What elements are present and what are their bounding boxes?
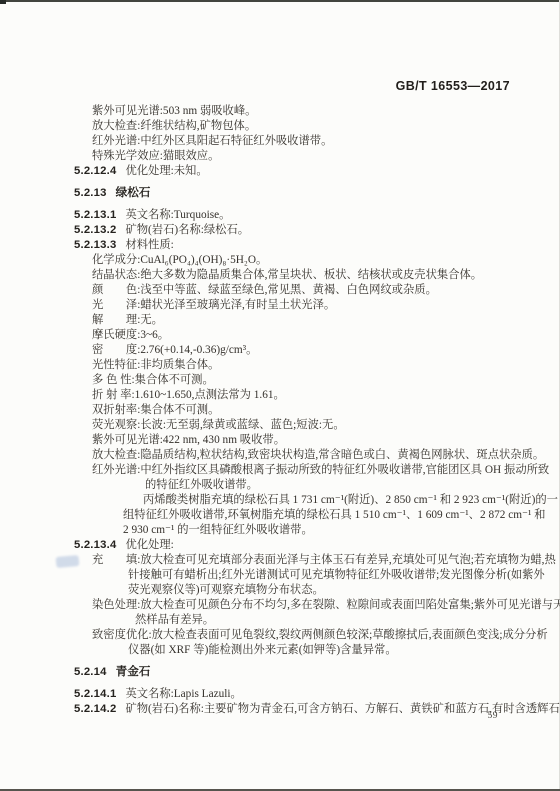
text-line: 特殊光学效应:猫眼效应。 (92, 149, 508, 164)
text-line: 解 理:无。 (92, 313, 508, 328)
line-text: 仪器(如 XRF 等)能检测出外来元素(如钾等)含量异常。 (128, 644, 397, 656)
line-text: 颜 色:浅至中等蓝、绿蓝至绿色,常见黑、黄褐、白色网纹或杂质。 (92, 284, 437, 296)
page-number: 59 (62, 711, 498, 721)
line-text: 荧光观察:长波:无至弱,绿黄或蓝绿、蓝色;短波:无。 (92, 419, 345, 431)
line-text: 染色处理:放大检查可见颜色分布不均匀,多在裂隙、粒隙间或表面凹陷处富集;紫外可见… (92, 599, 560, 611)
scan-corner-mark (0, 0, 6, 4)
text-line: 组特征红外吸收谱带,环氧树脂充填的绿松石具 1 510 cm⁻¹、1 609 c… (123, 508, 508, 523)
line-text: 矿物(岩石)名称:绿松石。 (125, 224, 249, 236)
text-line: 放大检查:隐晶质结构,粒状结构,致密块状构造,常含暗色或白、黄褐色网脉状、斑点状… (92, 448, 508, 463)
text-line: 丙烯酸类树脂充填的绿松石具 1 731 cm⁻¹(附近)、2 850 cm⁻¹ … (143, 493, 508, 508)
blue-ink-smudge (56, 555, 80, 568)
line-text: 优化处理:未知。 (125, 165, 207, 177)
text-line: 红外光谱:中红外区具阳起石特征红外吸收谱带。 (92, 134, 508, 149)
text-line: 仪器(如 XRF 等)能检测出外来元素(如钾等)含量异常。 (128, 643, 508, 658)
line-text: 丙烯酸类树脂充填的绿松石具 1 731 cm⁻¹(附近)、2 850 cm⁻¹ … (143, 494, 558, 506)
text-line: 颜 色:浅至中等蓝、绿蓝至绿色,常见黑、黄褐、白色网纹或杂质。 (92, 283, 508, 298)
line-text: 结晶状态:绝大多数为隐晶质集合体,常呈块状、板状、结核状或皮壳状集合体。 (92, 269, 482, 281)
line-text: 特殊光学效应:猫眼效应。 (92, 150, 219, 162)
line-text: 青金石 (116, 665, 151, 678)
line-text: 光 泽:蜡状光泽至玻璃光泽,有时呈土状光泽。 (92, 299, 335, 311)
line-text: 荧光观察仪等)可观察充填物分布状态。 (128, 584, 324, 596)
scanned-standard-page: GB/T 16553—2017 紫外可见光谱:503 nm 弱吸收峰。 放大检查… (0, 0, 560, 791)
text-line: 摩氏硬度:3~6。 (92, 328, 508, 343)
line-text: 优化处理: (125, 539, 173, 551)
line-text: 光性特征:非均质集合体。 (92, 359, 219, 371)
document-body: 紫外可见光谱:503 nm 弱吸收峰。 放大检查:纤维状结构,矿物包体。 红外光… (62, 104, 508, 717)
text-line: 结晶状态:绝大多数为隐晶质集合体,常呈块状、板状、结核状或皮壳状集合体。 (92, 268, 508, 283)
text-line: 双折射率:集合体不可测。 (92, 403, 508, 418)
text-line: 多 色 性:集合体不可测。 (92, 373, 508, 388)
text-line: 5.2.13.2矿物(岩石)名称:绿松石。 (74, 223, 508, 238)
line-text: 密 度:2.76(+0.14,-0.36)g/cm³。 (92, 344, 257, 356)
line-text: 紫外可见光谱:503 nm 弱吸收峰。 (92, 105, 256, 117)
line-text: 放大检查:隐晶质结构,粒状结构,致密块状构造,常含暗色或白、黄褐色网脉状、斑点状… (92, 449, 544, 461)
text-line: 光性特征:非均质集合体。 (92, 358, 508, 373)
line-text: 针接触可有蜡析出;红外光谱测试可见充填物特征红外吸收谱带;发光图像分析(如紫外 (128, 569, 545, 581)
line-text: 多 色 性:集合体不可测。 (92, 374, 214, 386)
text-line: 荧光观察:长波:无至弱,绿黄或蓝绿、蓝色;短波:无。 (92, 418, 508, 433)
line-text: 致密度优化:放大检查表面可见龟裂纹,裂纹两侧颜色较深;草酸擦拭后,表面颜色变浅;… (92, 629, 548, 641)
clause-number: 5.2.14 (74, 666, 107, 678)
line-text: 化学成分:CuAl₆(PO₄)₄(OH)₈·5H₂O。 (92, 254, 267, 266)
text-line: 光 泽:蜡状光泽至玻璃光泽,有时呈土状光泽。 (92, 298, 508, 313)
text-line: 致密度优化:放大检查表面可见龟裂纹,裂纹两侧颜色较深;草酸擦拭后,表面颜色变浅;… (92, 628, 508, 643)
clause-number: 5.2.13.1 (74, 209, 116, 221)
line-text: 英文名称:Lapis Lazuli。 (125, 688, 241, 700)
line-text: 紫外可见光谱:422 nm, 430 nm 吸收带。 (92, 434, 285, 446)
line-text: 材料性质: (125, 239, 173, 251)
text-line: 然样品有差异。 (135, 613, 508, 628)
clause-number: 5.2.12.4 (74, 165, 116, 177)
line-text: 充 填:放大检查可见充填部分表面光泽与主体玉石有差异,充填处可见气泡;若充填物为… (92, 554, 556, 566)
text-line: 5.2.13绿松石 (74, 185, 508, 200)
line-text: 解 理:无。 (92, 314, 163, 326)
text-line: 紫外可见光谱:503 nm 弱吸收峰。 (92, 104, 508, 119)
text-line: 荧光观察仪等)可观察充填物分布状态。 (128, 583, 508, 598)
text-line: 5.2.12.4优化处理:未知。 (74, 164, 508, 179)
line-text: 绿松石 (116, 186, 151, 199)
clause-number: 5.2.14.1 (74, 688, 116, 700)
text-line: 针接触可有蜡析出;红外光谱测试可见充填物特征红外吸收谱带;发光图像分析(如紫外 (128, 568, 508, 583)
text-line: 的特征红外吸收谱带。 (145, 478, 508, 493)
clause-number: 5.2.13.4 (74, 539, 116, 551)
line-text: 放大检查:纤维状结构,矿物包体。 (92, 120, 256, 132)
line-text: 然样品有差异。 (135, 614, 214, 626)
text-line: 5.2.14.1英文名称:Lapis Lazuli。 (74, 687, 508, 702)
clause-number: 5.2.13.2 (74, 224, 116, 236)
text-line: 5.2.14青金石 (74, 664, 508, 679)
text-line: 5.2.13.1英文名称:Turquoise。 (74, 208, 508, 223)
line-text: 组特征红外吸收谱带,环氧树脂充填的绿松石具 1 510 cm⁻¹、1 609 c… (123, 509, 545, 521)
scan-top-edge-line (0, 0, 560, 2)
text-line: 紫外可见光谱:422 nm, 430 nm 吸收带。 (92, 433, 508, 448)
text-line: 折 射 率:1.610~1.650,点测法常为 1.61。 (92, 388, 508, 403)
line-text: 双折射率:集合体不可测。 (92, 404, 219, 416)
text-line: 5.2.13.3材料性质: (74, 238, 508, 253)
text-line: 密 度:2.76(+0.14,-0.36)g/cm³。 (92, 343, 508, 358)
text-line: 5.2.13.4优化处理: (74, 538, 508, 553)
text-line: 放大检查:纤维状结构,矿物包体。 (92, 119, 508, 134)
line-text: 红外光谱:中红外区具阳起石特征红外吸收谱带。 (92, 135, 332, 147)
line-text: 英文名称:Turquoise。 (125, 209, 230, 221)
text-line: 化学成分:CuAl₆(PO₄)₄(OH)₈·5H₂O。 (92, 253, 508, 268)
line-text: 红外光谱:中红外指纹区具磷酸根离子振动所致的特征红外吸收谱带,官能团区具 OH … (92, 464, 549, 476)
line-text: 2 930 cm⁻¹ 的一组特征红外吸收谱带。 (123, 524, 313, 536)
text-line: 2 930 cm⁻¹ 的一组特征红外吸收谱带。 (123, 523, 508, 538)
line-text: 折 射 率:1.610~1.650,点测法常为 1.61。 (92, 389, 285, 401)
text-line: 充 填:放大检查可见充填部分表面光泽与主体玉石有差异,充填处可见气泡;若充填物为… (92, 553, 508, 568)
clause-number: 5.2.13 (74, 187, 107, 199)
line-text: 摩氏硬度:3~6。 (92, 329, 169, 341)
clause-number: 5.2.13.3 (74, 239, 116, 251)
text-line: 染色处理:放大检查可见颜色分布不均匀,多在裂隙、粒隙间或表面凹陷处富集;紫外可见… (92, 598, 508, 613)
line-text: 的特征红外吸收谱带。 (145, 479, 258, 491)
standard-code-header: GB/T 16553—2017 (62, 79, 510, 93)
text-line: 红外光谱:中红外指纹区具磷酸根离子振动所致的特征红外吸收谱带,官能团区具 OH … (92, 463, 508, 478)
